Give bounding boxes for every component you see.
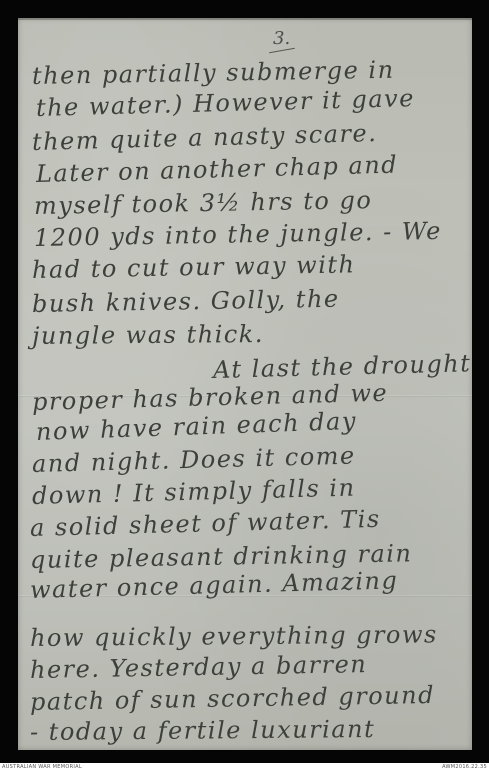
text-line: myself took 3½ hrs to go xyxy=(34,186,373,220)
text-line: them quite a nasty scare. xyxy=(32,119,378,156)
accession-number: AWM2016.22.35 xyxy=(442,764,487,770)
text-line: then partially submerge in xyxy=(32,56,395,90)
text-line: Later on another chap and xyxy=(36,151,399,188)
institution-credit: AUSTRALIAN WAR MEMORIAL xyxy=(2,764,82,770)
text-line: down ! It simply falls in xyxy=(32,474,356,510)
handwritten-text: then partially submerge in the water.) H… xyxy=(18,18,472,750)
text-line: - today a fertile luxuriant xyxy=(30,715,375,746)
text-line: the water.) However it gave xyxy=(36,84,416,122)
text-line: here. Yesterday a barren xyxy=(30,650,368,684)
scan-frame: 3. then partially submerge in the water.… xyxy=(0,0,489,763)
text-line: how quickly everything grows xyxy=(30,620,438,652)
text-line: bush knives. Golly, the xyxy=(32,285,340,318)
text-line: had to cut our way with xyxy=(32,250,356,284)
text-line: jungle was thick. xyxy=(32,320,264,350)
letter-page: 3. then partially submerge in the water.… xyxy=(18,18,472,750)
text-line: 1200 yds into the jungle. - We xyxy=(34,217,442,252)
text-line: patch of sun scorched ground xyxy=(30,681,435,716)
text-line: At last the drought xyxy=(213,349,472,384)
footer-strip: AUSTRALIAN WAR MEMORIAL AWM2016.22.35 xyxy=(0,763,489,773)
text-line: a solid sheet of water. Tis xyxy=(30,505,381,542)
text-line: and night. Does it come xyxy=(32,442,356,478)
